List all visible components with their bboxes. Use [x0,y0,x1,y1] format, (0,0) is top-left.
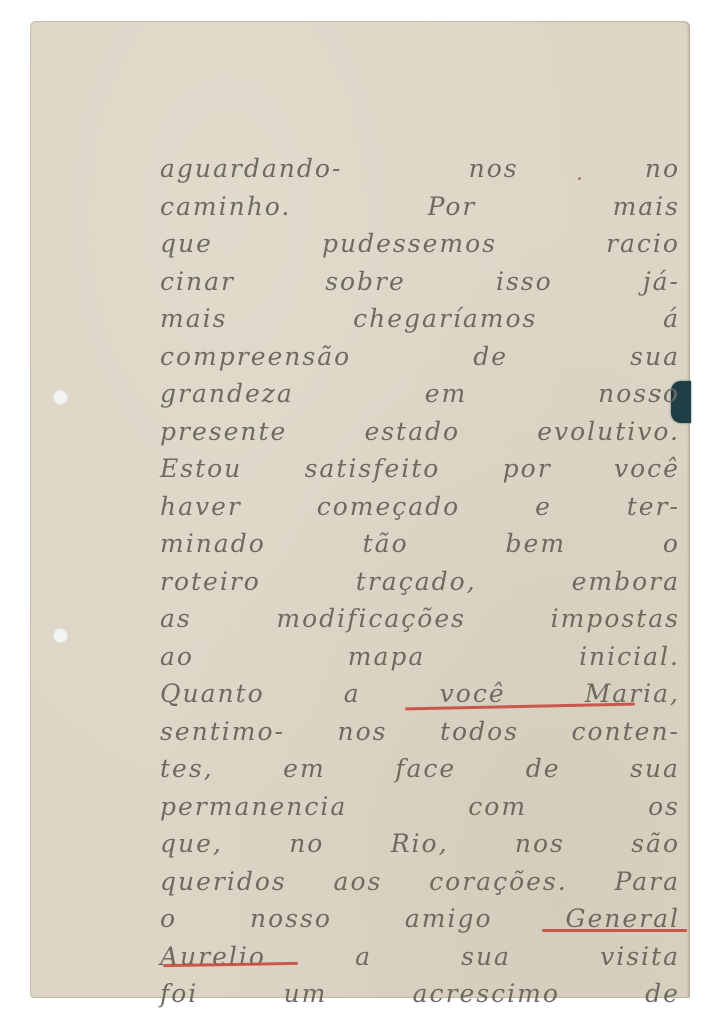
text-line: permanenciacomos [160,788,690,826]
handwritten-word: pudessemos [322,225,497,263]
text-line: maischegaríamosá [160,300,690,338]
text-line-words: permanenciacomos [160,788,680,826]
handwritten-word: são [631,825,680,863]
handwritten-word: Por [428,188,477,226]
text-line: Estousatisfeitoporvocê [160,450,690,488]
text-line-words: aomapainicial. [160,638,680,676]
handwritten-word: amigo [405,900,493,938]
handwritten-word: começado [317,488,461,526]
handwritten-word: mapa [348,638,426,676]
handwritten-word: estado [364,413,460,451]
text-line: quepudessemosracio [160,225,690,263]
handwritten-word: de [473,338,508,376]
handwritten-word: sua [630,338,680,376]
handwritten-word: isso [496,263,553,301]
text-line-words: cinarsobreissojá- [160,263,680,301]
handwritten-word: mais [160,300,227,338]
handwritten-word: no [289,825,324,863]
text-line: presenteestadoevolutivo. [160,413,690,451]
punch-hole-top [53,390,68,405]
handwritten-word: por [503,450,552,488]
handwritten-word: ter- [627,488,680,526]
handwritten-word: os [648,788,680,826]
handwritten-word: nosso [250,900,332,938]
handwritten-word: minado [160,525,266,563]
text-line-words: Aurelioasuavisita [160,938,680,976]
text-line: Aurelioasuavisita [160,938,690,976]
handwritten-word: roteiro [160,563,261,601]
handwritten-word: Quanto [160,675,265,713]
text-line-words: tes,emfacedesua [160,750,680,788]
handwritten-word: você [614,450,680,488]
handwritten-word: de [526,750,561,788]
handwritten-word: á [663,300,680,338]
handwritten-word: presente [160,413,287,451]
text-line: caminho.Pormais [160,188,690,226]
handwritten-word: tes, [160,750,214,788]
text-line: minadotãobemo [160,525,690,563]
handwritten-word: bem [506,525,567,563]
handwritten-word: sua [630,750,680,788]
handwritten-word: Aurelio [160,938,266,976]
handwritten-word: queridos [160,863,287,901]
handwritten-word: foi [160,975,198,1013]
handwritten-word: no [645,150,680,188]
handwritten-word: e [535,488,552,526]
handwritten-word: Para [615,863,680,901]
handwritten-word: cinar [160,263,235,301]
handwritten-word: acrescimo [413,975,560,1013]
handwritten-word: racio [606,225,680,263]
handwritten-word: a [344,675,361,713]
handwritten-word: que [160,225,213,263]
handwritten-word: sentimo- [160,713,285,751]
text-line-words: roteirotraçado,embora [160,563,680,601]
handwritten-word: sobre [325,263,406,301]
text-line: tes,emfacedesua [160,750,690,788]
text-line-words: que,noRio,nossão [160,825,680,863]
text-line: foiumacrescimode [160,975,690,1013]
handwritten-word: que, [160,825,223,863]
text-line-words: presenteestadoevolutivo. [160,413,680,451]
handwritten-word: satisfeito [305,450,441,488]
handwritten-word: inicial. [579,638,680,676]
handwritten-word: aos [334,863,383,901]
handwritten-word: visita [600,938,680,976]
text-line: compreensãodesua [160,338,690,376]
handwritten-word: sua [461,938,511,976]
handwritten-word: conten- [571,713,680,751]
text-line: havercomeçadoeter- [160,488,690,526]
text-line-words: sentimo-nostodosconten- [160,713,680,751]
text-line-words: queridosaoscorações.Para [160,863,680,901]
text-line-words: asmodificaçõesimpostas [160,600,680,638]
handwritten-word: corações. [429,863,568,901]
handwritten-word: a [355,938,372,976]
handwritten-word: em [425,375,468,413]
text-line: queridosaoscorações.Para [160,863,690,901]
text-line-words: caminho.Pormais [160,188,680,226]
handwritten-word: compreensão [160,338,351,376]
handwritten-word: as [160,600,192,638]
handwritten-word: modificações [276,600,466,638]
handwritten-word: caminho. [160,188,291,226]
text-line-words: havercomeçadoeter- [160,488,680,526]
handwritten-text: aguardando-nosnocaminho.Pormaisquepudess… [160,150,690,1013]
handwritten-word: nos [469,150,519,188]
text-line: asmodificaçõesimpostas [160,600,690,638]
text-line: cinarsobreissojá- [160,263,690,301]
handwritten-word: o [160,900,177,938]
handwritten-word: permanencia [160,788,347,826]
text-line-words: compreensãodesua [160,338,680,376]
text-line-words: minadotãobemo [160,525,680,563]
text-line-words: Estousatisfeitoporvocê [160,450,680,488]
handwritten-word: face [395,750,456,788]
handwritten-word: evolutivo. [537,413,680,451]
handwritten-word: impostas [551,600,680,638]
text-line-words: quepudessemosracio [160,225,680,263]
handwritten-word: já- [643,263,680,301]
handwritten-word: nos [515,825,565,863]
red-underline-general [542,929,687,932]
handwritten-word: de [645,975,680,1013]
handwritten-word: Rio, [391,825,449,863]
text-line-words: foiumacrescimode [160,975,680,1013]
text-line-words: aguardando-nosno [160,150,680,188]
handwritten-word: nos [337,713,387,751]
punch-hole-bottom [53,628,68,643]
text-line: roteirotraçado,embora [160,563,690,601]
handwritten-word: um [284,975,328,1013]
handwritten-word: embora [572,563,680,601]
handwritten-word: Maria, [585,675,680,713]
handwritten-word: aguardando- [160,150,342,188]
handwritten-word: com [468,788,527,826]
handwritten-word: o [663,525,680,563]
handwritten-word: tão [363,525,409,563]
text-line-words: maischegaríamosá [160,300,680,338]
handwritten-word: chegaríamos [353,300,537,338]
handwritten-word: traçado, [356,563,477,601]
text-line: aomapainicial. [160,638,690,676]
text-line: sentimo-nostodosconten- [160,713,690,751]
handwritten-word: haver [160,488,242,526]
text-line: aguardando-nosno [160,150,690,188]
text-line: grandezaemnosso [160,375,690,413]
handwritten-word: todos [440,713,519,751]
handwritten-word: nosso [598,375,680,413]
text-line-words: grandezaemnosso [160,375,680,413]
handwritten-word: em [283,750,326,788]
handwritten-word: grandeza [160,375,294,413]
handwritten-word: mais [613,188,680,226]
text-line: que,noRio,nossão [160,825,690,863]
handwritten-word: ao [160,638,194,676]
handwritten-word: Estou [160,450,242,488]
